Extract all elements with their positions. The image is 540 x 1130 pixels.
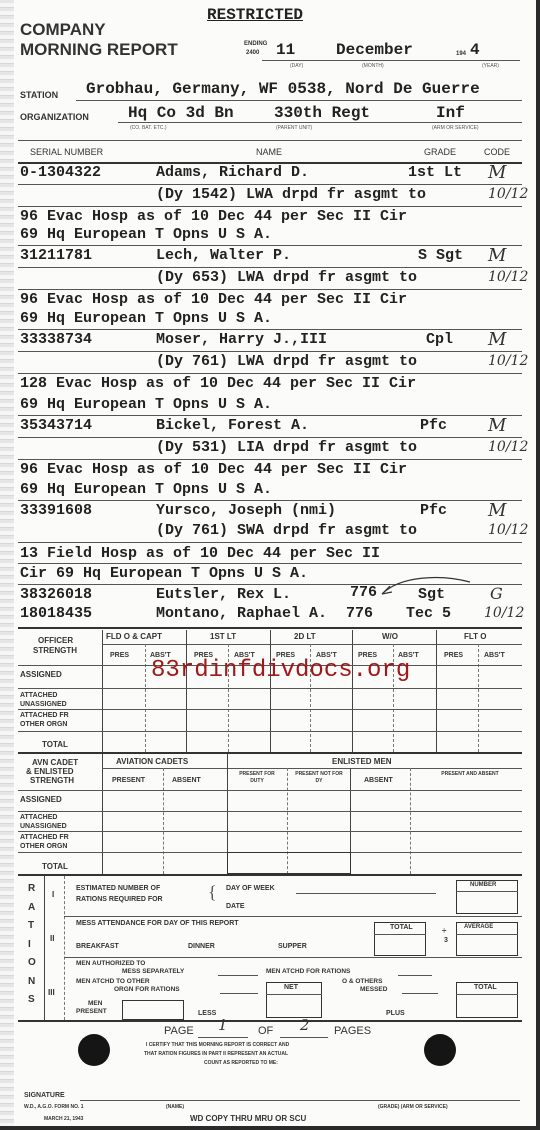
- entry-date: 10/12: [488, 353, 528, 369]
- year-prefix: 194: [456, 51, 466, 57]
- entry-remark3: 69 Hq European T Opns U S A.: [20, 481, 272, 498]
- ending-time: 2400: [246, 50, 259, 56]
- entry-grade: Sgt: [418, 586, 445, 603]
- row-assigned: ASSIGNED: [20, 795, 62, 804]
- entry-serial: 0-1304322: [20, 164, 101, 181]
- enlisted-title1: AVN CADET: [32, 758, 78, 767]
- report-year: 4: [470, 41, 480, 59]
- entry-code: M: [488, 415, 506, 436]
- table-rule: [18, 688, 522, 689]
- fill-line: [280, 1037, 328, 1038]
- breakfast-label: BREAKFAST: [76, 943, 119, 950]
- entry-remark2: 96 Evac Hosp as of 10 Dec 44 per Sec II …: [20, 461, 407, 478]
- row-rule: [18, 563, 522, 564]
- part-ii-numeral: II: [50, 934, 54, 943]
- entry-remark3: 69 Hq European T Opns U S A.: [20, 310, 272, 327]
- entry-grade: Pfc: [420, 502, 447, 519]
- org-underline: [118, 122, 522, 123]
- table-divider: [436, 630, 437, 752]
- group-1st-lt: 1ST LT: [210, 632, 236, 641]
- certify-line3: COUNT AS REPORTED TO ME:: [204, 1060, 278, 1066]
- entry-remark3: 69 Hq European T Opns U S A.: [20, 396, 272, 413]
- of-label: OF: [258, 1025, 273, 1037]
- col-absent: ABSENT: [172, 777, 201, 784]
- row-attached-other-orgn: ATTACHED FR OTHER ORGN: [20, 711, 92, 729]
- row-rule: [18, 329, 522, 330]
- row-rule: [18, 373, 522, 374]
- table-divider: [478, 644, 479, 752]
- entry-mos: 776: [350, 584, 377, 601]
- messed-label: MESSED: [360, 986, 387, 993]
- org-arm: Inf: [436, 104, 465, 122]
- entry-date: 10/12: [488, 186, 528, 202]
- entry-remark2: 128 Evac Hosp as of 10 Dec 44 per Sec II…: [20, 375, 416, 392]
- ration-estimate-label2: RATIONS REQUIRED FOR: [76, 896, 163, 903]
- authorized-label: MEN AUTHORIZED TO: [76, 960, 145, 967]
- enlisted-title3: STRENGTH: [30, 776, 74, 785]
- signature-line: [80, 1100, 520, 1101]
- report-month: December: [336, 41, 413, 59]
- table-rule: [18, 874, 522, 876]
- side-letter: O: [28, 954, 38, 973]
- date-underline: [262, 60, 520, 61]
- entry-remark3: Cir 69 Hq European T Opns U S A.: [20, 565, 308, 582]
- table-rule: [18, 1020, 522, 1022]
- entry-code: M: [488, 500, 506, 521]
- entry-remark2: 96 Evac Hosp as of 10 Dec 44 per Sec II …: [20, 291, 407, 308]
- entry-code: G: [490, 584, 503, 603]
- box-rule: [456, 994, 518, 995]
- total-box-label: TOTAL: [390, 924, 413, 931]
- side-letter: N: [28, 973, 38, 992]
- group-flt-o: FLT O: [464, 632, 487, 641]
- supper-label: SUPPER: [278, 943, 307, 950]
- fill-line: [220, 993, 258, 994]
- certify-line2: THAT RATION FIGURES IN PART II REPRESENT…: [144, 1051, 288, 1057]
- box-rule: [456, 934, 518, 935]
- entry-remark1: (Dy 531) LIA drpd fr asgmt to: [156, 439, 417, 456]
- ration-estimate-label: ESTIMATED NUMBER OF: [76, 885, 160, 892]
- form-title-line1: COMPANY: [20, 20, 106, 40]
- number-box-label: NUMBER: [470, 882, 496, 888]
- col-present: PRESENT: [112, 777, 145, 784]
- row-rule: [18, 351, 522, 352]
- fill-line: [398, 975, 432, 976]
- entry-name: Montano, Raphael A.: [156, 605, 327, 622]
- entry-serial: 38326018: [20, 586, 92, 603]
- others-label: O & OTHERS: [342, 978, 382, 985]
- table-rule: [102, 768, 522, 769]
- entry-name: Lech, Walter P.: [156, 247, 291, 264]
- entry-serial: 31211781: [20, 247, 92, 264]
- page-label: PAGE: [164, 1025, 194, 1037]
- form-title-line2: MORNING REPORT: [20, 40, 178, 60]
- table-divider: [163, 768, 164, 874]
- entry-grade: Pfc: [420, 417, 447, 434]
- box-rule: [456, 891, 518, 892]
- entry-remark2: 13 Field Hosp as of 10 Dec 44 per Sec II: [20, 545, 380, 562]
- table-divider: [44, 876, 45, 1020]
- row-rule: [18, 184, 522, 185]
- col-absent-em: ABSENT: [364, 777, 393, 784]
- entry-name: Bickel, Forest A.: [156, 417, 309, 434]
- col-name: NAME: [256, 147, 282, 157]
- entry-name: Adams, Richard D.: [156, 164, 309, 181]
- ending-label: ENDING: [244, 41, 267, 47]
- subcol-pres: PRES: [110, 652, 129, 659]
- org-arm-caption: (ARM OR SERVICE): [432, 125, 479, 131]
- entry-serial: 33391608: [20, 502, 92, 519]
- table-rule: [18, 752, 522, 754]
- col-present-not-for-duty: PRESENT NOT FOR DY: [292, 771, 346, 785]
- station-underline: [76, 100, 522, 101]
- enlisted-title2: & ENLISTED: [26, 767, 74, 776]
- page-number: 1: [218, 1016, 228, 1034]
- station-value: Grobhau, Germany, WF 0538, Nord De Guerr…: [86, 80, 480, 98]
- group-enlisted-men: ENLISTED MEN: [332, 757, 392, 766]
- entry-remark1: (Dy 1542) LWA drpd fr asgmt to: [156, 186, 426, 203]
- entries-end-rule: [18, 627, 522, 629]
- side-letter: I: [28, 936, 38, 955]
- row-attached-unassigned: ATTACHED UNASSIGNED: [20, 813, 92, 831]
- group-fld-o-capt: FLD O & CAPT: [106, 632, 162, 641]
- punch-hole-right-icon: [424, 1034, 456, 1066]
- entry-code: M: [488, 329, 506, 350]
- divide-icon: ÷: [442, 926, 446, 935]
- entry-grade: 1st Lt: [408, 164, 462, 181]
- total-box-label: TOTAL: [474, 984, 497, 991]
- entry-remark1: (Dy 761) LWA drpd fr asgmt to: [156, 353, 417, 370]
- group-wo: W/O: [382, 632, 398, 641]
- copy-note: WD COPY THRU MRU OR SCU: [190, 1114, 306, 1123]
- box-rule: [374, 934, 426, 935]
- col-grade: GRADE: [424, 147, 456, 157]
- col-present-for-duty: PRESENT FOR DUTY: [232, 771, 282, 785]
- date-label: DATE: [226, 903, 245, 910]
- mess-attendance-label: MESS ATTENDANCE FOR DAY OF THIS REPORT: [76, 920, 239, 927]
- org-company: Hq Co 3d Bn: [128, 104, 234, 122]
- row-total: TOTAL: [42, 862, 68, 871]
- row-rule: [18, 267, 522, 268]
- entry-name: Moser, Harry J.,III: [156, 331, 327, 348]
- table-rule: [18, 811, 522, 812]
- fill-line: [296, 893, 436, 894]
- entry-code: M: [488, 245, 506, 266]
- row-total: TOTAL: [42, 740, 68, 749]
- org-parent-unit: 330th Regt: [274, 104, 370, 122]
- row-rule: [18, 459, 522, 460]
- entry-code: 10/12: [484, 605, 524, 621]
- brace-icon: {: [208, 882, 217, 903]
- row-rule: [18, 437, 522, 438]
- page-total: 2: [300, 1016, 310, 1034]
- table-rule: [102, 644, 522, 645]
- table-divider: [410, 768, 411, 874]
- row-assigned: ASSIGNED: [20, 670, 62, 679]
- entry-remark3: 69 Hq European T Opns U S A.: [20, 226, 272, 243]
- table-rule: [18, 731, 522, 732]
- organization-label: ORGANIZATION: [20, 112, 89, 122]
- entry-date: 10/12: [488, 522, 528, 538]
- less-label: LESS: [198, 1010, 216, 1017]
- atchd-other-label: MEN ATCHD TO OTHER: [76, 978, 150, 985]
- net-box-label: NET: [284, 984, 298, 991]
- entry-name: Eutsler, Rex L.: [156, 586, 291, 603]
- col-code: CODE: [484, 147, 510, 157]
- pages-label: PAGES: [334, 1025, 371, 1037]
- table-rule: [18, 831, 522, 832]
- subcol-abst: ABS'T: [484, 652, 505, 659]
- row-attached-unassigned: ATTACHED UNASSIGNED: [20, 691, 92, 709]
- divisor-label: 3: [444, 937, 448, 944]
- table-rule: [64, 957, 522, 958]
- officer-strength-title2: STRENGTH: [33, 646, 77, 655]
- table-divider: [145, 644, 146, 752]
- table-divider: [102, 754, 103, 874]
- col-present-and-absent: PRESENT AND ABSENT: [430, 771, 510, 778]
- entry-remark1: (Dy 653) LWA drpd fr asgmt to: [156, 269, 417, 286]
- org-unit-caption: (PARENT UNIT): [276, 125, 312, 131]
- table-divider: [102, 630, 103, 752]
- certify-line1: I CERTIFY THAT THIS MORNING REPORT IS CO…: [146, 1042, 289, 1048]
- entry-date: 10/12: [488, 439, 528, 455]
- officer-strength-title: OFFICER: [38, 636, 73, 645]
- dinner-label: DINNER: [188, 943, 215, 950]
- table-divider: [352, 630, 353, 752]
- plus-label: PLUS: [386, 1010, 405, 1017]
- col-serial-number: SERIAL NUMBER: [30, 147, 103, 157]
- form-number: W.D., A.G.O. FORM NO. 1: [24, 1104, 84, 1110]
- table-divider: [270, 630, 271, 752]
- row-rule: [18, 245, 522, 246]
- entry-grade: Cpl: [426, 331, 453, 348]
- row-rule: [18, 206, 522, 207]
- entry-remark2: 96 Evac Hosp as of 10 Dec 44 per Sec II …: [20, 208, 407, 225]
- station-label: STATION: [20, 90, 58, 100]
- table-divider: [64, 876, 65, 1020]
- mess-separately-label: MESS SEPARATELY: [122, 968, 184, 975]
- average-box-label: AVERAGE: [464, 924, 493, 930]
- scan-edge-right: [536, 0, 540, 1130]
- side-letter: A: [28, 899, 38, 918]
- part-iii-numeral: III: [48, 988, 55, 997]
- row-rule: [18, 415, 522, 416]
- row-rule: [18, 542, 522, 543]
- form-date: MARCH 21, 1943: [44, 1116, 83, 1122]
- side-letter: R: [28, 880, 38, 899]
- row-attached-other-orgn: ATTACHED FR OTHER ORGN: [20, 833, 92, 851]
- fill-line: [198, 1037, 248, 1038]
- fill-line: [402, 993, 438, 994]
- atchd-for-rations-label: MEN ATCHD FOR RATIONS: [266, 968, 350, 975]
- punch-hole-left-icon: [78, 1034, 110, 1066]
- present-label: PRESENT: [76, 1008, 107, 1015]
- entry-grade: S Sgt: [418, 247, 463, 264]
- day-of-week-label: DAY OF WEEK: [226, 885, 275, 892]
- men-present-label: MEN: [88, 1000, 102, 1007]
- org-company-caption: (CO. BAT. ETC.): [130, 125, 167, 131]
- table-rule: [18, 790, 522, 791]
- signature-label: SIGNATURE: [24, 1092, 65, 1099]
- day-caption: (DAY): [290, 63, 303, 69]
- total-box-present: [227, 852, 351, 874]
- entry-mos: 776: [346, 605, 373, 622]
- row-rule: [18, 500, 522, 501]
- table-rule: [64, 916, 522, 917]
- scan-edge-left: [0, 0, 14, 1130]
- entry-grade: Tec 5: [406, 605, 451, 622]
- entry-serial: 35343714: [20, 417, 92, 434]
- fill-line: [218, 975, 258, 976]
- entry-date: 10/12: [488, 269, 528, 285]
- box-rule: [266, 994, 322, 995]
- row-rule: [18, 289, 522, 290]
- group-2d-lt: 2D LT: [294, 632, 316, 641]
- watermark-text: 83rdinfdivdocs.org: [151, 657, 410, 684]
- men-present-box: [122, 1000, 184, 1020]
- entry-name: Yursco, Joseph (nmi): [156, 502, 336, 519]
- morning-report-document: RESTRICTED COMPANY MORNING REPORT ENDING…: [0, 0, 540, 1130]
- report-day: 11: [276, 41, 295, 59]
- entry-remark1: (Dy 761) SWA drpd fr asgmt to: [156, 522, 417, 539]
- group-aviation-cadets: AVIATION CADETS: [116, 757, 188, 766]
- table-rule: [18, 709, 522, 710]
- entry-serial: 33338734: [20, 331, 92, 348]
- side-letter: S: [28, 991, 38, 1010]
- orgn-for-rations-label: ORGN FOR RATIONS: [114, 986, 180, 993]
- entry-code: M: [488, 162, 506, 183]
- side-letter: T: [28, 917, 38, 936]
- subcol-pres: PRES: [444, 652, 463, 659]
- year-caption: (YEAR): [482, 63, 499, 69]
- table-divider: [186, 630, 187, 752]
- month-caption: (MONTH): [362, 63, 384, 69]
- header-rule: [18, 140, 522, 141]
- name-caption: (NAME): [166, 1104, 184, 1110]
- scan-edge-bottom: [0, 1126, 540, 1130]
- part-i-numeral: I: [52, 890, 54, 899]
- rations-side-label: R A T I O N S: [28, 880, 38, 1010]
- classification-stamp: RESTRICTED: [207, 6, 303, 24]
- grade-caption: (GRADE) (ARM OR SERVICE): [378, 1104, 448, 1110]
- entry-serial: 18018435: [20, 605, 92, 622]
